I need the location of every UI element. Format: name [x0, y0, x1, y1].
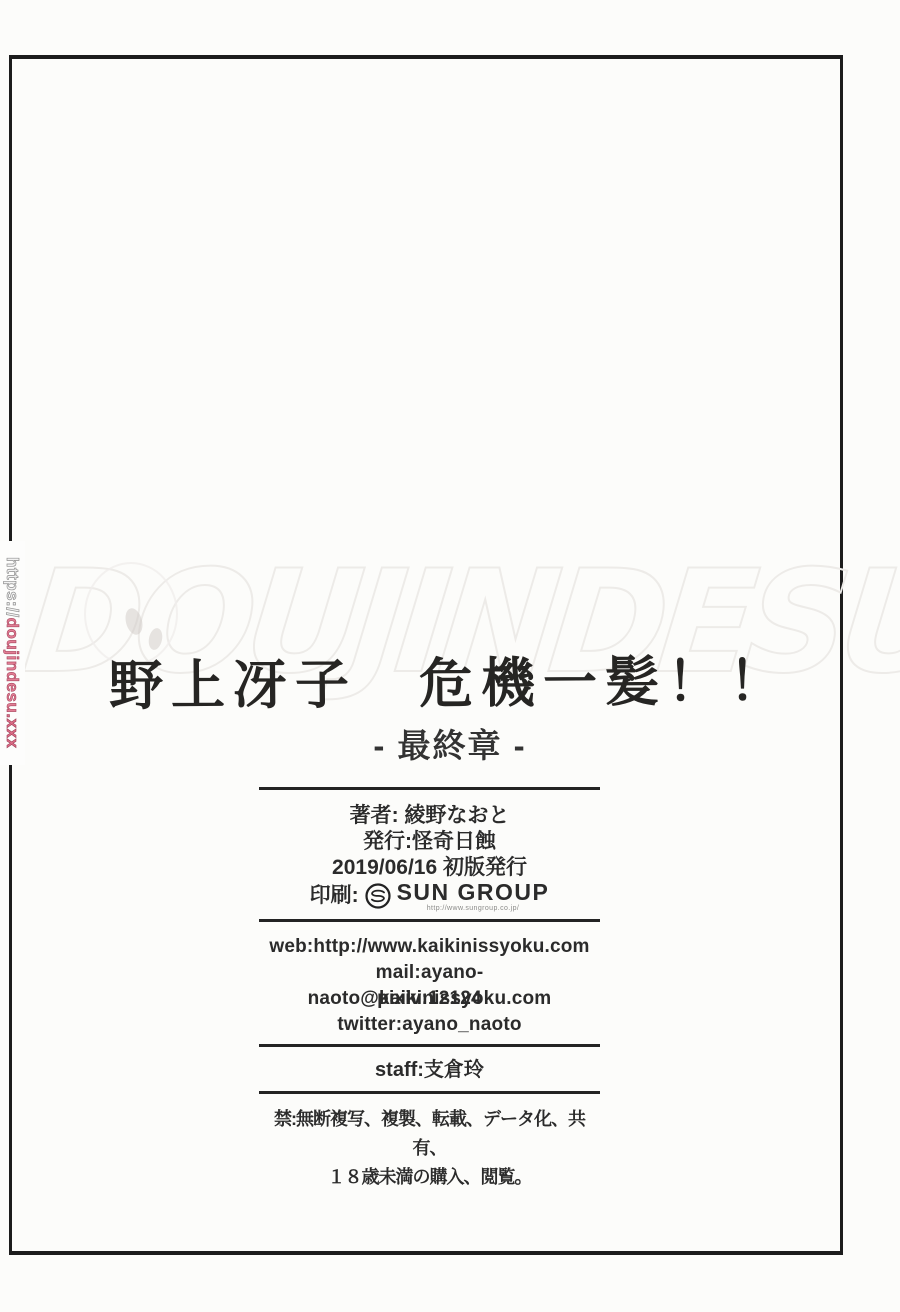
book-title: 野上冴子 危機一髪！！ [40, 643, 860, 723]
publisher-line: 発行:怪奇日蝕 [259, 829, 600, 855]
twitter-line: twitter:ayano_naoto [259, 1012, 600, 1038]
prohibition-line-1: 禁:無断複写、複製、転載、データ化、共有、 [259, 1105, 600, 1163]
book-subtitle: - 最終章 - [40, 726, 860, 766]
web-line: web:http://www.kaikinissyoku.com [259, 934, 600, 960]
watermark-url-prefix: https:// [3, 557, 22, 618]
printer-line: 印刷: SUN GROUP http://www.sungroup.co.jp/ [259, 881, 600, 911]
printer-url: http://www.sungroup.co.jp/ [397, 905, 550, 912]
side-watermark-url: https://doujindesu.xxx [0, 541, 25, 765]
divider-rule [259, 787, 600, 790]
print-label: 印刷: [310, 883, 359, 909]
watermark-url-tld: .xxx [3, 714, 22, 749]
author-line: 著者: 綾野なおと [259, 803, 600, 829]
publisher-info: 著者: 綾野なおと 発行:怪奇日蝕 2019/06/16 初版発行 印刷: SU… [259, 803, 600, 911]
contact-info: web:http://www.kaikinissyoku.com mail:ay… [259, 934, 600, 1038]
divider-rule [259, 919, 600, 922]
sun-group-logo-icon [364, 882, 392, 910]
staff-line: staff:支倉玲 [259, 1057, 600, 1083]
printer-identity: SUN GROUP http://www.sungroup.co.jp/ [397, 881, 550, 912]
prohibition-notice: 禁:無断複写、複製、転載、データ化、共有、 １８歳未満の購入、閲覧。 [259, 1105, 600, 1192]
divider-rule [259, 1044, 600, 1047]
watermark-url-domain: doujindesu [3, 618, 22, 714]
colophon-block: 著者: 綾野なおと 発行:怪奇日蝕 2019/06/16 初版発行 印刷: SU… [259, 787, 600, 1192]
edition-date-line: 2019/06/16 初版発行 [259, 855, 600, 881]
divider-rule [259, 1091, 600, 1094]
prohibition-line-2: １８歳未満の購入、閲覧。 [259, 1163, 600, 1192]
mail-line: mail:ayano-naoto@kaikinissyoku.com [259, 960, 600, 986]
printer-name: SUN GROUP [397, 881, 550, 904]
